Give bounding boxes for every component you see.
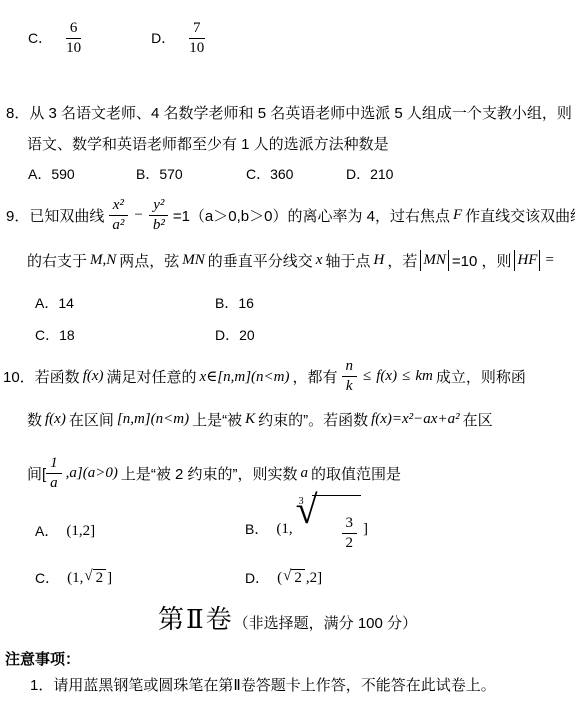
fraction-numerator: x² <box>109 197 128 216</box>
fraction: 3 2 <box>342 515 358 551</box>
q9-text-7: 轴于点 <box>325 250 370 271</box>
leq-sign: ≤ <box>363 368 371 385</box>
math-var-x: x <box>316 252 323 269</box>
leq-sign: ≤ <box>402 368 410 385</box>
q10-option-b-post: ] <box>363 521 368 538</box>
math-equation-fx: f(x)=x²−ax+a² <box>371 411 460 428</box>
q10-option-d-label: D． <box>245 568 269 588</box>
q10-option-a-value: (1,2] <box>66 523 95 540</box>
math-var-F: F <box>453 207 462 224</box>
q9-equals: = <box>545 252 553 269</box>
math-var-km: km <box>415 368 433 385</box>
math-interval-nm: [n,m](n<m) <box>117 411 189 428</box>
root-body: 3 2 <box>312 495 362 568</box>
q10-option-d: D． ( √ 2 ,2] <box>245 566 324 590</box>
q7-option-c-label: C． <box>28 28 52 48</box>
q10-text-4: 成立，则称函 <box>436 366 526 387</box>
notes-heading: 注意事项： <box>5 648 80 669</box>
q8-option-d: D．210 <box>346 164 393 184</box>
q10-text-11: 上是“被 2 约束的”，则实数 <box>121 463 298 484</box>
q10-option-b-pre: (1, <box>276 521 292 538</box>
q8-text-1: 8．从 3 名语文老师、4 名数学老师和 5 名英语老师中选派 5 人组成一个支… <box>6 102 572 123</box>
fraction: 1 a <box>46 455 62 491</box>
q8-option-a: A．590 <box>28 164 75 184</box>
math-var-MN: MN <box>182 252 205 269</box>
math-var-fx: f(x) <box>83 368 104 385</box>
math-var-K: K <box>245 411 255 428</box>
q10-option-d-post: ,2] <box>306 570 322 587</box>
q8-line-1: 8．从 3 名语文老师、4 名数学老师和 5 名英语老师中选派 5 人组成一个支… <box>6 102 572 123</box>
q10-option-c-label: C． <box>35 568 59 588</box>
cube-root: 3 √ 3 2 <box>299 490 361 568</box>
q8-option-b: B．570 <box>136 164 183 184</box>
q9-text-2: =1（a＞0,b＞0）的离心率为 4，过右焦点 <box>173 205 450 226</box>
math-var-H: H <box>373 252 384 269</box>
fraction-denominator: 10 <box>185 39 208 57</box>
q10-text-8: 约束的”。若函数 <box>258 409 368 430</box>
math-interval-nm: x∈[n,m](n<m) <box>200 367 290 386</box>
square-root: √ 2 <box>283 569 305 587</box>
q10-option-b-label: B． <box>245 519 268 539</box>
fraction-numerator: 3 <box>342 515 358 534</box>
q10-text-10: 间[ <box>27 463 46 484</box>
fraction: y² b² <box>149 197 169 233</box>
q10-text-1: 10．若函数 <box>3 366 80 387</box>
q9-text-4: 的右支于 <box>27 250 87 271</box>
q9-option-a: A．14 <box>35 293 74 313</box>
fraction-numerator: 1 <box>46 455 62 474</box>
section2-title: 第Ⅱ卷 <box>158 605 234 634</box>
q9-option-c: C．18 <box>35 325 75 345</box>
fraction-denominator: a <box>46 474 62 492</box>
root-body: 2 <box>291 569 305 587</box>
exam-document-page: C． 6 10 D． 7 10 8．从 3 名语文老师、4 名数学老师和 5 名… <box>0 0 575 710</box>
section2-subtitle: （非选择题，满分 100 分） <box>234 615 417 632</box>
q10-option-d-pre: ( <box>277 570 282 587</box>
q10-option-c-post: ] <box>107 570 112 587</box>
q9-text-9: =10 ，则 <box>452 250 512 271</box>
fraction-denominator: 10 <box>62 39 85 57</box>
q10-option-a: A． (1,2] <box>35 521 97 541</box>
root-index: 3 <box>299 496 304 507</box>
q9-option-d: D．20 <box>215 325 255 345</box>
q8-option-c: C．360 <box>246 164 293 184</box>
math-var-fx: f(x) <box>45 411 66 428</box>
fraction-denominator: b² <box>149 216 169 234</box>
q10-option-a-label: A． <box>35 521 58 541</box>
math-var-a: a <box>301 465 309 482</box>
fraction: n k <box>342 358 358 394</box>
square-root: √ 2 <box>84 569 106 587</box>
fraction-denominator: k <box>342 377 357 395</box>
q10-option-b: B． (1, 3 √ 3 2 ] <box>245 503 370 555</box>
q10-text-5: 数 <box>27 409 42 430</box>
q10-option-c-pre: (1, <box>67 570 83 587</box>
q10-text-12: 的取值范围是 <box>311 463 401 484</box>
q9-text-5: 两点，弦 <box>119 250 179 271</box>
q9-text-3: 作直线交该双曲线 <box>465 205 575 226</box>
q9-text-6: 的垂直平分线交 <box>208 250 313 271</box>
q10-line-1: 10．若函数 f(x) 满足对任意的 x∈[n,m](n<m) ，都有 n k … <box>3 353 526 399</box>
fraction-numerator: 7 <box>189 20 205 39</box>
fraction-numerator: 6 <box>66 20 82 39</box>
q9-text-8: ，若 <box>387 250 417 271</box>
fraction: 7 10 <box>185 20 208 56</box>
section2-title-row: 第Ⅱ卷（非选择题，满分 100 分） <box>0 599 575 636</box>
q10-option-c: C． (1, √ 2 ] <box>35 566 114 590</box>
fraction: 6 10 <box>62 20 85 56</box>
q9-text-1: 9．已知双曲线 <box>6 205 104 226</box>
absolute-value-MN: MN <box>420 250 449 271</box>
q10-text-2: 满足对任意的 <box>107 366 197 387</box>
notes-item-1: 1．请用蓝黑钢笔或圆珠笔在第Ⅱ卷答题卡上作答，不能答在此试卷上。 <box>30 674 496 695</box>
q10-line-2: 数 f(x) 在区间 [n,m](n<m) 上是“被 K 约束的”。若函数 f(… <box>27 406 493 432</box>
root-body: 2 <box>93 569 107 587</box>
q7-option-d-label: D． <box>151 28 175 48</box>
q9-option-b: B．16 <box>215 293 254 313</box>
q10-text-6: 在区间 <box>69 409 114 430</box>
fraction-denominator: a² <box>108 216 128 234</box>
minus-sign: − <box>134 207 142 224</box>
absolute-value-HF: HF <box>514 250 540 271</box>
q9-line-2: 的右支于 M,N 两点，弦 MN 的垂直平分线交 x 轴于点 H ，若 MN =… <box>27 247 556 273</box>
fraction-numerator: y² <box>149 197 168 216</box>
fraction: x² a² <box>108 197 128 233</box>
q10-text-7: 上是“被 <box>192 409 242 430</box>
fraction-numerator: n <box>342 358 358 377</box>
fraction-denominator: 2 <box>342 534 358 552</box>
q10-text-9: 在区 <box>463 409 493 430</box>
q10-text-3: ，都有 <box>293 366 338 387</box>
radical-sign-icon: √ <box>283 569 291 585</box>
math-interval-a: ,a](a>0) <box>66 465 118 482</box>
math-var-fx: f(x) <box>376 368 397 385</box>
math-var-MN-points: M,N <box>90 252 116 269</box>
q8-text-2: 语文、数学和英语老师都至少有 1 人的选派方法种数是 <box>27 133 389 154</box>
radical-sign-icon: √ <box>84 569 92 585</box>
q7-options-row: C． 6 10 D． 7 10 <box>28 16 212 60</box>
q9-line-1: 9．已知双曲线 x² a² − y² b² =1（a＞0,b＞0）的离心率为 4… <box>6 192 575 238</box>
q8-line-2: 语文、数学和英语老师都至少有 1 人的选派方法种数是 <box>27 133 389 154</box>
